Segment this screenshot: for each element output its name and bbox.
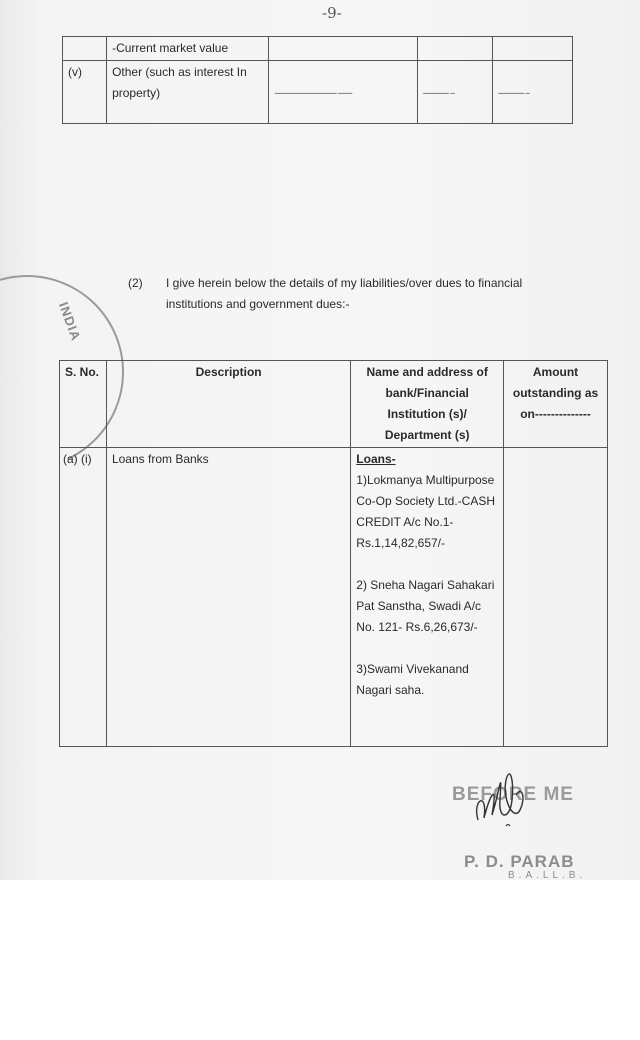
description-cell: -Current market value [107, 37, 269, 61]
description-cell: Loans from Banks [106, 448, 350, 747]
dash-placeholder: ------------- -- [423, 83, 487, 104]
table-row: (a) (i) Loans from Banks Loans- 1)Lokman… [60, 448, 608, 747]
sno-cell: (a) (i) [60, 448, 107, 747]
assets-table: -Current market value (v) Other (such as… [62, 36, 573, 124]
institution-cell: Loans- 1)Lokmanya Multipurpose Co-Op Soc… [351, 448, 504, 747]
description-cell: Other (such as interest In property) [107, 61, 269, 124]
liabilities-table: S. No. Description Name and address of b… [59, 360, 608, 747]
amount-cell [504, 448, 608, 747]
dash-placeholder: ------------------------------- ------- [274, 83, 411, 104]
official-qualification: B.A.LL.B. [508, 870, 586, 880]
header-sno: S. No. [60, 361, 107, 448]
page-number: -9- [322, 4, 342, 22]
header-amount: Amount outstanding as on-------------- [504, 361, 608, 448]
loan-entry: 1)Lokmanya Multipurpose Co-Op Society Lt… [356, 470, 498, 554]
value-cell [269, 37, 417, 61]
value-cell: ------------------------------- ------- [269, 61, 417, 124]
dash-placeholder: ------------- -- [498, 83, 567, 104]
loan-entry: 2) Sneha Nagari Sahakari Pat Sanstha, Sw… [356, 575, 498, 638]
value-cell [417, 37, 492, 61]
value-cell: ------------- -- [417, 61, 492, 124]
header-description: Description [106, 361, 350, 448]
header-institution: Name and address of bank/Financial Insti… [351, 361, 504, 448]
section-number: (2) [128, 273, 143, 294]
value-cell: ------------- -- [492, 61, 572, 124]
sno-cell [63, 37, 107, 61]
liabilities-intro: (2) I give herein below the details of m… [128, 273, 568, 315]
signature [470, 760, 530, 830]
sno-cell: (v) [63, 61, 107, 124]
table-row: -Current market value [63, 37, 573, 61]
table-row: (v) Other (such as interest In property)… [63, 61, 573, 124]
header-row: S. No. Description Name and address of b… [60, 361, 608, 448]
loans-title: Loans- [356, 449, 498, 470]
official-name: P. D. PARAB [464, 852, 575, 872]
value-cell [492, 37, 572, 61]
loan-entry: 3)Swami Vivekanand Nagari saha. [356, 659, 498, 701]
section-text: I give herein below the details of my li… [166, 273, 568, 315]
